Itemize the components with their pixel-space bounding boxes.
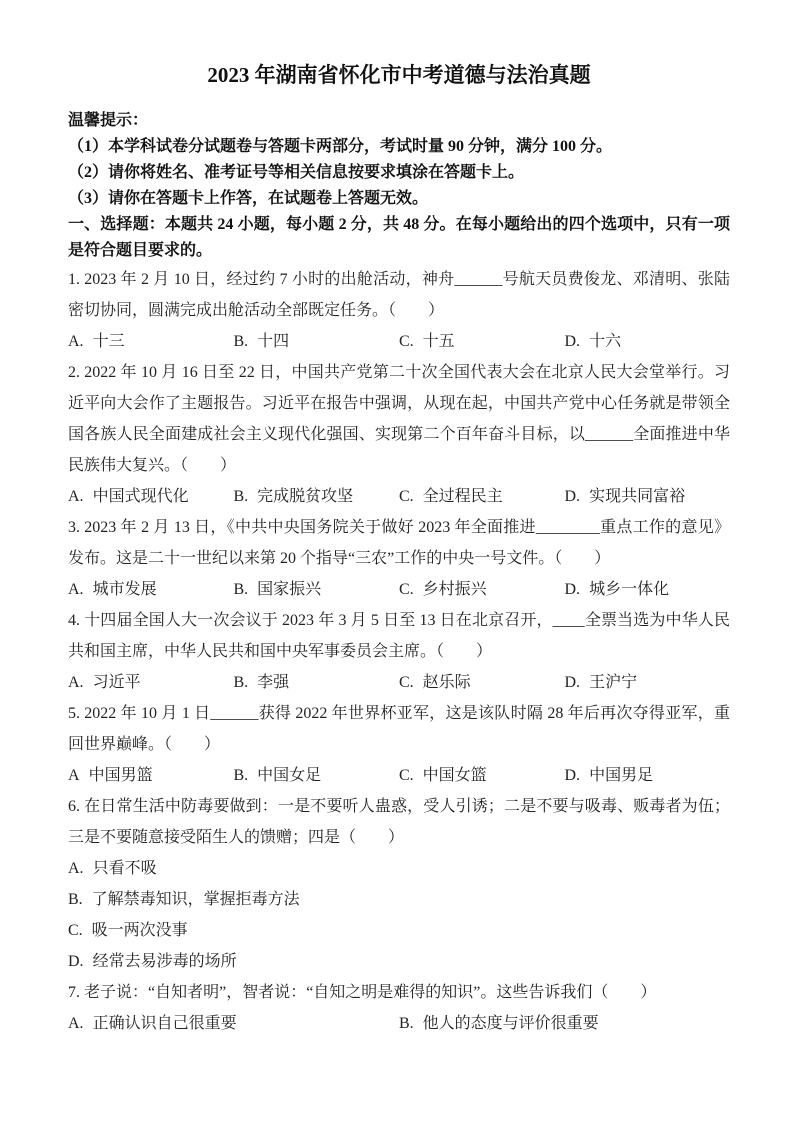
option-label: D. <box>68 953 84 970</box>
option-label: C. <box>68 922 83 939</box>
option-label: C. <box>399 488 414 505</box>
option-text: 全过程民主 <box>423 488 503 505</box>
option-label: D. <box>565 767 581 784</box>
option-B: B.国家振兴 <box>234 574 400 605</box>
question-stem: 2. 2022 年 10 月 16 日至 22 日，中国共产党第二十次全国代表大… <box>68 357 730 481</box>
options: A.正确认识自己很重要B.他人的态度与评价很重要 <box>68 1008 730 1039</box>
option-C: C.十五 <box>399 326 565 357</box>
option-D: D.中国男足 <box>565 760 731 791</box>
option-C: C.乡村振兴 <box>399 574 565 605</box>
section-heading: 一、选择题：本题共 24 小题，每小题 2 分，共 48 分。在每小题给出的四个… <box>68 212 730 264</box>
option-A: A.习近平 <box>68 667 234 698</box>
option-B: B.中国女足 <box>234 760 400 791</box>
question-stem: 4. 十四届全国人大一次会议于 2023 年 3 月 5 日至 13 日在北京召… <box>68 605 730 667</box>
option-text: 城乡一体化 <box>589 581 669 598</box>
option-D: D.经常去易涉毒的场所 <box>68 946 730 977</box>
option-A: A.城市发展 <box>68 574 234 605</box>
option-C: C.吸一两次没事 <box>68 915 730 946</box>
exam-paper-page: 2023 年湖南省怀化市中考道德与法治真题 温馨提示： （1）本学科试卷分试题卷… <box>0 0 793 1122</box>
option-text: 了解禁毒知识，掌握拒毒方法 <box>92 891 300 908</box>
option-label: A. <box>68 674 84 691</box>
option-D: D.王沪宁 <box>565 667 731 698</box>
question-6: 6. 在日常生活中防毒要做到：一是不要听人蛊惑，受人引诱；二是不要与吸毒、贩毒者… <box>68 791 730 977</box>
question-2: 2. 2022 年 10 月 16 日至 22 日，中国共产党第二十次全国代表大… <box>68 357 730 512</box>
option-text: 中国男篮 <box>89 767 153 784</box>
option-text: 城市发展 <box>93 581 157 598</box>
question-7: 7. 老子说：“自知者明”，智者说：“自知之明是难得的知识”。这些告诉我们（ ）… <box>68 977 730 1039</box>
notice-item-2: （2）请你将姓名、准考证号等相关信息按要求填涂在答题卡上。 <box>68 160 730 186</box>
question-1: 1. 2023 年 2 月 10 日，经过约 7 小时的出舱活动，神舟_____… <box>68 264 730 357</box>
option-text: 十四 <box>257 333 289 350</box>
option-label: B. <box>234 767 249 784</box>
options: A.习近平B.李强C.赵乐际D.王沪宁 <box>68 667 730 698</box>
option-label: D. <box>565 333 581 350</box>
option-text: 吸一两次没事 <box>92 922 188 939</box>
option-B: B.了解禁毒知识，掌握拒毒方法 <box>68 884 730 915</box>
option-C: C.中国女篮 <box>399 760 565 791</box>
question-5: 5. 2022 年 10 月 1 日______获得 2022 年世界杯亚军，这… <box>68 698 730 791</box>
notice-item-1: （1）本学科试卷分试题卷与答题卡两部分，考试时量 90 分钟，满分 100 分。 <box>68 134 730 160</box>
option-D: D.城乡一体化 <box>565 574 731 605</box>
option-C: C.全过程民主 <box>399 481 565 512</box>
question-3: 3. 2023 年 2 月 13 日，《中共中央国务院关于做好 2023 年全面… <box>68 512 730 605</box>
question-stem: 1. 2023 年 2 月 10 日，经过约 7 小时的出舱活动，神舟_____… <box>68 264 730 326</box>
option-label: A <box>68 767 80 784</box>
option-A: A中国男篮 <box>68 760 234 791</box>
option-text: 正确认识自己很重要 <box>93 1015 237 1032</box>
option-text: 李强 <box>257 674 289 691</box>
option-text: 中国女足 <box>257 767 321 784</box>
option-label: B. <box>399 1015 414 1032</box>
option-label: A. <box>68 860 84 877</box>
option-D: D.实现共同富裕 <box>565 481 731 512</box>
options: A.十三B.十四C.十五D.十六 <box>68 326 730 357</box>
option-A: A.十三 <box>68 326 234 357</box>
option-label: D. <box>565 581 581 598</box>
option-text: 只看不吸 <box>93 860 157 877</box>
option-label: C. <box>399 333 414 350</box>
option-label: B. <box>234 488 249 505</box>
options: A.中国式现代化B.完成脱贫攻坚C.全过程民主D.实现共同富裕 <box>68 481 730 512</box>
option-text: 中国女篮 <box>423 767 487 784</box>
option-label: C. <box>399 581 414 598</box>
option-text: 赵乐际 <box>423 674 471 691</box>
question-stem: 7. 老子说：“自知者明”，智者说：“自知之明是难得的知识”。这些告诉我们（ ） <box>68 977 730 1008</box>
option-label: A. <box>68 581 84 598</box>
option-text: 经常去易涉毒的场所 <box>93 953 237 970</box>
questions: 1. 2023 年 2 月 10 日，经过约 7 小时的出舱活动，神舟_____… <box>68 264 730 1039</box>
option-text: 中国男足 <box>589 767 653 784</box>
notice-section: 温馨提示： （1）本学科试卷分试题卷与答题卡两部分，考试时量 90 分钟，满分 … <box>68 108 730 212</box>
option-label: B. <box>234 674 249 691</box>
question-4: 4. 十四届全国人大一次会议于 2023 年 3 月 5 日至 13 日在北京召… <box>68 605 730 698</box>
notice-heading: 温馨提示： <box>68 108 730 134</box>
option-C: C.赵乐际 <box>399 667 565 698</box>
option-text: 他人的态度与评价很重要 <box>423 1015 599 1032</box>
page-title: 2023 年湖南省怀化市中考道德与法治真题 <box>68 58 730 92</box>
option-B: B.李强 <box>234 667 400 698</box>
option-label: D. <box>565 488 581 505</box>
option-label: B. <box>234 333 249 350</box>
option-A: A.中国式现代化 <box>68 481 234 512</box>
option-label: C. <box>399 767 414 784</box>
option-label: B. <box>68 891 83 908</box>
option-text: 十三 <box>93 333 125 350</box>
option-label: A. <box>68 488 84 505</box>
option-A: A.正确认识自己很重要 <box>68 1008 399 1039</box>
options: A.只看不吸B.了解禁毒知识，掌握拒毒方法C.吸一两次没事D.经常去易涉毒的场所 <box>68 853 730 977</box>
option-text: 完成脱贫攻坚 <box>257 488 353 505</box>
option-text: 习近平 <box>93 674 141 691</box>
options: A中国男篮B.中国女足C.中国女篮D.中国男足 <box>68 760 730 791</box>
option-text: 十六 <box>589 333 621 350</box>
option-B: B.完成脱贫攻坚 <box>234 481 400 512</box>
option-text: 国家振兴 <box>257 581 321 598</box>
option-text: 十五 <box>423 333 455 350</box>
option-label: B. <box>234 581 249 598</box>
option-text: 实现共同富裕 <box>589 488 685 505</box>
option-D: D.十六 <box>565 326 731 357</box>
question-stem: 6. 在日常生活中防毒要做到：一是不要听人蛊惑，受人引诱；二是不要与吸毒、贩毒者… <box>68 791 730 853</box>
question-stem: 3. 2023 年 2 月 13 日，《中共中央国务院关于做好 2023 年全面… <box>68 512 730 574</box>
notice-item-3: （3）请你在答题卡上作答，在试题卷上答题无效。 <box>68 186 730 212</box>
option-B: B.他人的态度与评价很重要 <box>399 1008 730 1039</box>
option-label: A. <box>68 1015 84 1032</box>
option-label: A. <box>68 333 84 350</box>
option-label: C. <box>399 674 414 691</box>
option-text: 乡村振兴 <box>423 581 487 598</box>
option-B: B.十四 <box>234 326 400 357</box>
options: A.城市发展B.国家振兴C.乡村振兴D.城乡一体化 <box>68 574 730 605</box>
option-A: A.只看不吸 <box>68 853 730 884</box>
option-label: D. <box>565 674 581 691</box>
option-text: 王沪宁 <box>589 674 637 691</box>
question-stem: 5. 2022 年 10 月 1 日______获得 2022 年世界杯亚军，这… <box>68 698 730 760</box>
option-text: 中国式现代化 <box>93 488 189 505</box>
